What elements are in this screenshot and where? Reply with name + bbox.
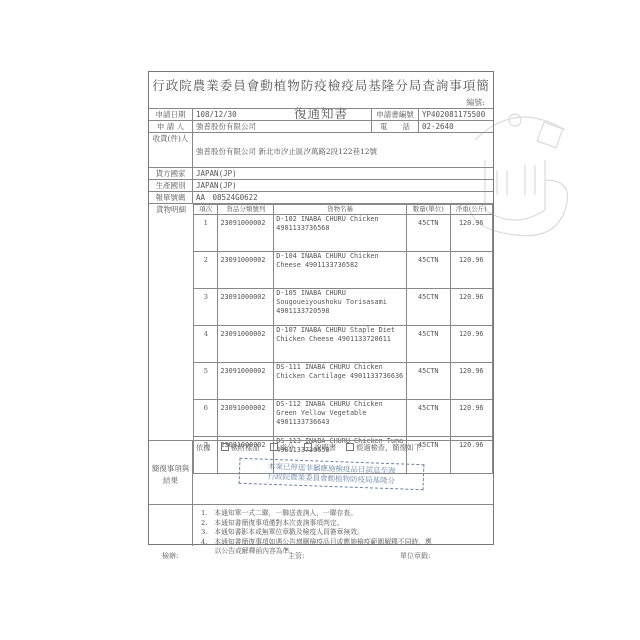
consignee-label: 收貨(件)人 (149, 133, 193, 167)
hs-code-cell: 23091000002 (218, 363, 274, 400)
apply-date-label: 申請日期 (149, 109, 193, 120)
option-inspection[interactable]: 經過檢查，簡復如下： (346, 443, 428, 452)
row-reply: 簡復事項與結果 依據 檢附樣品 成分 說明書 經過檢查，簡復如下： 本案已停逕非… (149, 440, 493, 504)
table-row: 523091000002DS-111 INABA CHURU Chicken C… (194, 363, 493, 400)
hs-code-cell: 23091000002 (218, 252, 274, 289)
quantity-cell: 45CTN (407, 252, 450, 289)
goods-name-cell: DS-111 INABA CHURU Chicken Chicken Carti… (274, 363, 407, 400)
item-no-cell: 3 (194, 289, 218, 326)
row-production: 生產國別 JAPAN(JP) (149, 179, 493, 191)
row-consignee: 收貨(件)人 強普股份有限公司 新北市汐止區汐萬路2段122巷12號 (149, 132, 493, 167)
origin-label: 貨方國家 (149, 168, 193, 179)
row-notes: 1. 本通知單一式二聯，一聯送查詢人，一聯存查。 2. 本通知書簡復事項僅對本次… (149, 504, 493, 546)
goods-label: 貨物明細 (149, 204, 193, 440)
production-label: 生產國別 (149, 180, 193, 191)
table-row: 123091000002D-102 INABA CHURU Chicken 49… (194, 215, 493, 252)
bl-label: 報單號碼 (149, 192, 193, 203)
note-3: 3. 本通知書影本或無單位章戳及檢疫人員簽章無效。 (201, 528, 432, 538)
weight-cell: 120.96 (450, 252, 493, 289)
weight-cell: 120.96 (450, 289, 493, 326)
item-no-cell: 4 (194, 326, 218, 363)
official-stamp: 本案已停逕非屬應施檢疫品目試息至海 行政院農業委員會動植物防疫局基隆分 (239, 458, 425, 490)
basis-options: 依據 檢附樣品 成分 說明書 經過檢查，簡復如下： (196, 443, 436, 453)
hs-code-cell: 23091000002 (218, 289, 274, 326)
watermark-logo-icon (455, 100, 585, 250)
quantity-cell: 45CTN (407, 326, 450, 363)
table-row: 623091000002DS-112 INABA CHURU Chicken G… (194, 400, 493, 437)
goods-table-header: 項次 貨品分類號列 貨物名稱 數量(單位) 淨重(公斤) (194, 205, 493, 215)
hs-code-cell: 23091000002 (218, 215, 274, 252)
note-1: 1. 本通知單一式二聯，一聯送查詢人，一聯存查。 (201, 509, 432, 519)
header-hs-code: 貨品分類號列 (218, 205, 274, 215)
table-row: 423091000002D-107 INABA CHURU Staple Die… (194, 326, 493, 363)
checkbox-inspection[interactable] (346, 443, 354, 451)
goods-name-cell: D-104 INABA CHURU Chicken Cheese 4901133… (274, 252, 407, 289)
option-ingredients[interactable]: 成分 (270, 443, 294, 452)
goods-name-cell: DS-112 INABA CHURU Chicken Green Yellow … (274, 400, 407, 437)
item-no-cell: 6 (194, 400, 218, 437)
option-manual[interactable]: 說明書 (304, 443, 336, 452)
item-no-cell: 5 (194, 363, 218, 400)
quantity-cell: 45CTN (407, 400, 450, 437)
goods-name-cell: D-107 INABA CHURU Staple Diet Chicken Ch… (274, 326, 407, 363)
quantity-cell: 45CTN (407, 363, 450, 400)
checkbox-manual[interactable] (304, 443, 312, 451)
quantity-cell: 45CTN (407, 289, 450, 326)
header-goods-name: 貨物名稱 (274, 205, 407, 215)
item-no-cell: 1 (194, 215, 218, 252)
phone-label: 電 話 (371, 121, 419, 132)
basis-label: 依據 (196, 443, 210, 452)
goods-name-cell: D-105 INABA CHURU Sougoueiyoushoku Toris… (274, 289, 407, 326)
goods-table: 項次 貨品分類號列 貨物名稱 數量(單位) 淨重(公斤) 12309100000… (193, 204, 493, 474)
note-4: 4. 本通知書簡復事項如遇公告增刪檢疫品目或應施檢疫範圍解釋不同時，應 (201, 538, 432, 548)
application-no-label: 申請書編號 (371, 109, 419, 120)
row-apply-date: 申請日期 108/12/30 申請書編號 YP402081175500 (149, 108, 493, 120)
table-row: 223091000002D-104 INABA CHURU Chicken Ch… (194, 252, 493, 289)
footer-supervisor: 主管: (288, 551, 304, 561)
weight-cell: 120.96 (450, 400, 493, 437)
weight-cell: 120.96 (450, 363, 493, 400)
footer-unit-seal: 單位章戳: (400, 551, 430, 561)
hs-code-cell: 23091000002 (218, 400, 274, 437)
row-bl-number: 報單號碼 AA 08524G0622 (149, 191, 493, 203)
goods-name-cell: D-102 INABA CHURU Chicken 4901133736568 (274, 215, 407, 252)
weight-cell: 120.96 (450, 326, 493, 363)
notes-list: 1. 本通知單一式二聯，一聯送查詢人，一聯存查。 2. 本通知書簡復事項僅對本次… (201, 509, 432, 557)
footer-inspector: 檢辦: (162, 551, 178, 561)
row-origin: 貨方國家 JAPAN(JP) (149, 167, 493, 179)
option-sample[interactable]: 檢附樣品 (221, 443, 260, 452)
note-2: 2. 本通知書簡復事項僅對本次查詢事項判定。 (201, 519, 432, 529)
hs-code-cell: 23091000002 (218, 326, 274, 363)
consignee-value: 強普股份有限公司 新北市汐止區汐萬路2段122巷12號 (196, 146, 377, 158)
checkbox-sample[interactable] (221, 443, 229, 451)
header-quantity: 數量(單位) (407, 205, 450, 215)
applicant-label: 申 請 人 (149, 121, 193, 132)
notes-label (149, 505, 193, 546)
reply-label: 簡復事項與結果 (149, 441, 193, 504)
row-applicant: 申 請 人 強普股份有限公司 電 話 02-2640 (149, 120, 493, 132)
checkbox-ingredients[interactable] (270, 443, 278, 451)
note-5: 以公告或解釋函內容為準。 (201, 547, 432, 557)
notification-form: 行政院農業委員會動植物防疫檢疫局基隆分局查詢事項簡復通知書 編號: 申請日期 1… (148, 71, 494, 545)
item-no-cell: 2 (194, 252, 218, 289)
document-title: 行政院農業委員會動植物防疫檢疫局基隆分局查詢事項簡復通知書 (149, 72, 493, 102)
quantity-cell: 45CTN (407, 215, 450, 252)
table-row: 323091000002D-105 INABA CHURU Sougoueiyo… (194, 289, 493, 326)
row-goods: 貨物明細 項次 貨品分類號列 貨物名稱 數量(單位) 淨重(公斤) 123091… (149, 203, 493, 440)
header-item-no: 項次 (194, 205, 218, 215)
